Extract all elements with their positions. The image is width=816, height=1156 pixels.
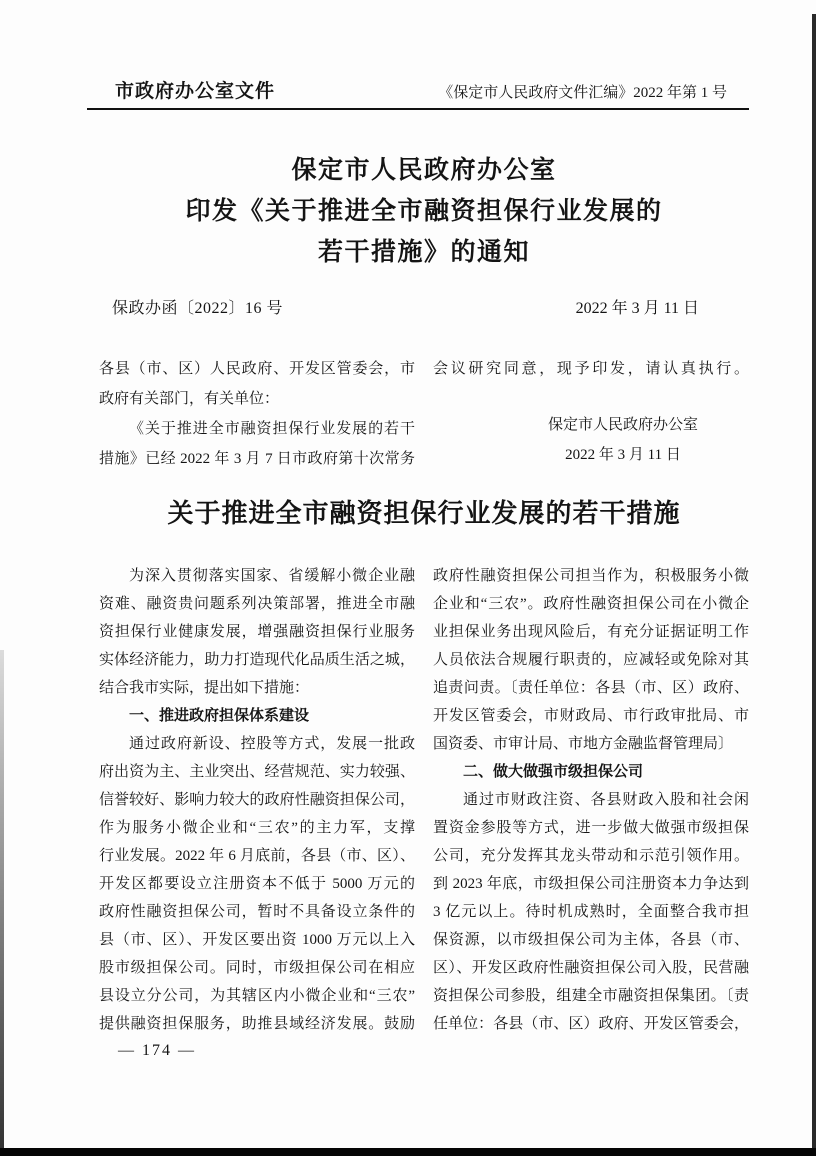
text-line: 资难、融资贵问题系列决策部署，推进全市融 — [99, 590, 415, 618]
text-line: 为深入贯彻落实国家、省缓解小微企业融 — [99, 562, 415, 590]
header-doc-type: 市政府办公室文件 — [115, 76, 275, 103]
title-line: 印发《关于推进全市融资担保行业发展的 — [99, 191, 749, 232]
text-line: 3 亿元以上。待时机成熟时，全面整合我市担 — [433, 898, 749, 926]
text-line: 开发区都要设立注册资本不低于 5000 万元的 — [99, 870, 415, 898]
text-line: 区）、开发区政府性融资担保公司入股，民营融 — [433, 954, 749, 982]
scan-edge-right — [812, 14, 816, 1148]
body-left-column: 为深入贯彻落实国家、省缓解小微企业融资难、融资贵问题系列决策部署，推进全市融资担… — [99, 562, 415, 1038]
text-line: 通过市财政注资、各县财政入股和社会闲 — [433, 786, 749, 814]
doc-meta-row: 保政办函〔2022〕16 号 2022 年 3 月 11 日 — [99, 298, 749, 320]
text-line: 政府有关部门，有关单位： — [99, 384, 415, 414]
text-line: 人员依法合规履行职责的，应减轻或免除对其 — [433, 646, 749, 674]
signature-date: 2022 年 3 月 11 日 — [497, 440, 749, 470]
title-line: 若干措施》的通知 — [99, 232, 749, 273]
text-line: 公司，充分发挥其龙头带动和示范引领作用。 — [433, 842, 749, 870]
text-line: 信誉较好、影响力较大的政府性融资担保公司， — [99, 786, 415, 814]
text-line: 股市级担保公司。同时，市级担保公司在相应 — [99, 954, 415, 982]
text-line: 作为服务小微企业和“三农”的主力军，支撑 — [99, 814, 415, 842]
document-page: 市政府办公室文件 《保定市人民政府文件汇编》2022 年第 1 号 保定市人民政… — [0, 0, 816, 1156]
section-1-heading: 一、推进政府担保体系建设 — [99, 702, 415, 730]
document-title: 保定市人民政府办公室印发《关于推进全市融资担保行业发展的若干措施》的通知 — [99, 150, 749, 273]
title-line: 保定市人民政府办公室 — [99, 150, 749, 191]
text-line: 政府性融资担保公司，暂时不具备设立条件的 — [99, 898, 415, 926]
notice-left-column: 各县（市、区）人民政府、开发区管委会，市政府有关部门，有关单位：《关于推进全市融… — [99, 354, 415, 474]
page-number: — 174 — — [118, 1042, 196, 1060]
signature-org: 保定市人民政府办公室 — [497, 410, 749, 440]
text-line: 府出资为主、主业突出、经营规范、实力较强、 — [99, 758, 415, 786]
text-line: 资担保行业健康发展，增强融资担保行业服务 — [99, 618, 415, 646]
notice-closing-line: 会议研究同意，现予印发，请认真执行。 — [433, 354, 749, 384]
text-line: 通过政府新设、控股等方式，发展一批政 — [99, 730, 415, 758]
text-line: 政府性融资担保公司担当作为，积极服务小微 — [433, 562, 749, 590]
doc-date: 2022 年 3 月 11 日 — [576, 298, 749, 320]
page-header: 市政府办公室文件 《保定市人民政府文件汇编》2022 年第 1 号 — [87, 76, 749, 110]
text-line: 《关于推进全市融资担保行业发展的若干 — [99, 414, 415, 444]
text-line: 保资源，以市级担保公司为主体，各县（市、 — [433, 926, 749, 954]
page-content: 市政府办公室文件 《保定市人民政府文件汇编》2022 年第 1 号 保定市人民政… — [99, 0, 749, 1038]
text-line: 到 2023 年底，市级担保公司注册资本力争达到 — [433, 870, 749, 898]
text-line: 提供融资担保服务，助推县域经济发展。鼓励 — [99, 1010, 415, 1038]
text-line: 县（市、区）、开发区要出资 1000 万元以上入 — [99, 926, 415, 954]
text-line: 业担保业务出现风险后，有充分证据证明工作 — [433, 618, 749, 646]
signature-block: 保定市人民政府办公室 2022 年 3 月 11 日 — [433, 410, 749, 470]
text-line: 措施》已经 2022 年 3 月 7 日市政府第十次常务 — [99, 444, 415, 474]
notice-section: 各县（市、区）人民政府、开发区管委会，市政府有关部门，有关单位：《关于推进全市融… — [99, 354, 749, 474]
text-line: 追责问责。〔责任单位：各县（市、区）政府、 — [433, 674, 749, 702]
text-line: 资担保公司参股，组建全市融资担保集团。〔责 — [433, 982, 749, 1010]
scan-edge-bottom — [0, 1148, 816, 1156]
notice-right-column: 会议研究同意，现予印发，请认真执行。 保定市人民政府办公室 2022 年 3 月… — [433, 354, 749, 474]
text-line: 行业发展。2022 年 6 月底前，各县（市、区）、 — [99, 842, 415, 870]
text-line: 各县（市、区）人民政府、开发区管委会，市 — [99, 354, 415, 384]
section-2-heading: 二、做大做强市级担保公司 — [433, 758, 749, 786]
measures-body: 为深入贯彻落实国家、省缓解小微企业融资难、融资贵问题系列决策部署，推进全市融资担… — [99, 562, 749, 1038]
doc-number: 保政办函〔2022〕16 号 — [99, 298, 283, 320]
text-line: 国资委、市审计局、市地方金融监督管理局〕 — [433, 730, 749, 758]
body-right-column: 政府性融资担保公司担当作为，积极服务小微企业和“三农”。政府性融资担保公司在小微… — [433, 562, 749, 1038]
measures-title: 关于推进全市融资担保行业发展的若干措施 — [99, 496, 749, 532]
header-compilation-issue: 《保定市人民政府文件汇编》2022 年第 1 号 — [438, 81, 727, 102]
text-line: 企业和“三农”。政府性融资担保公司在小微企 — [433, 590, 749, 618]
text-line: 县设立分公司，为其辖区内小微企业和“三农” — [99, 982, 415, 1010]
scan-edge-left — [0, 650, 4, 1148]
text-line: 结合我市实际，提出如下措施： — [99, 674, 415, 702]
text-line: 开发区管委会，市财政局、市行政审批局、市 — [433, 702, 749, 730]
text-line: 任单位：各县（市、区）政府、开发区管委会， — [433, 1010, 749, 1038]
text-line: 实体经济能力，助力打造现代化品质生活之城， — [99, 646, 415, 674]
text-line: 置资金参股等方式，进一步做大做强市级担保 — [433, 814, 749, 842]
